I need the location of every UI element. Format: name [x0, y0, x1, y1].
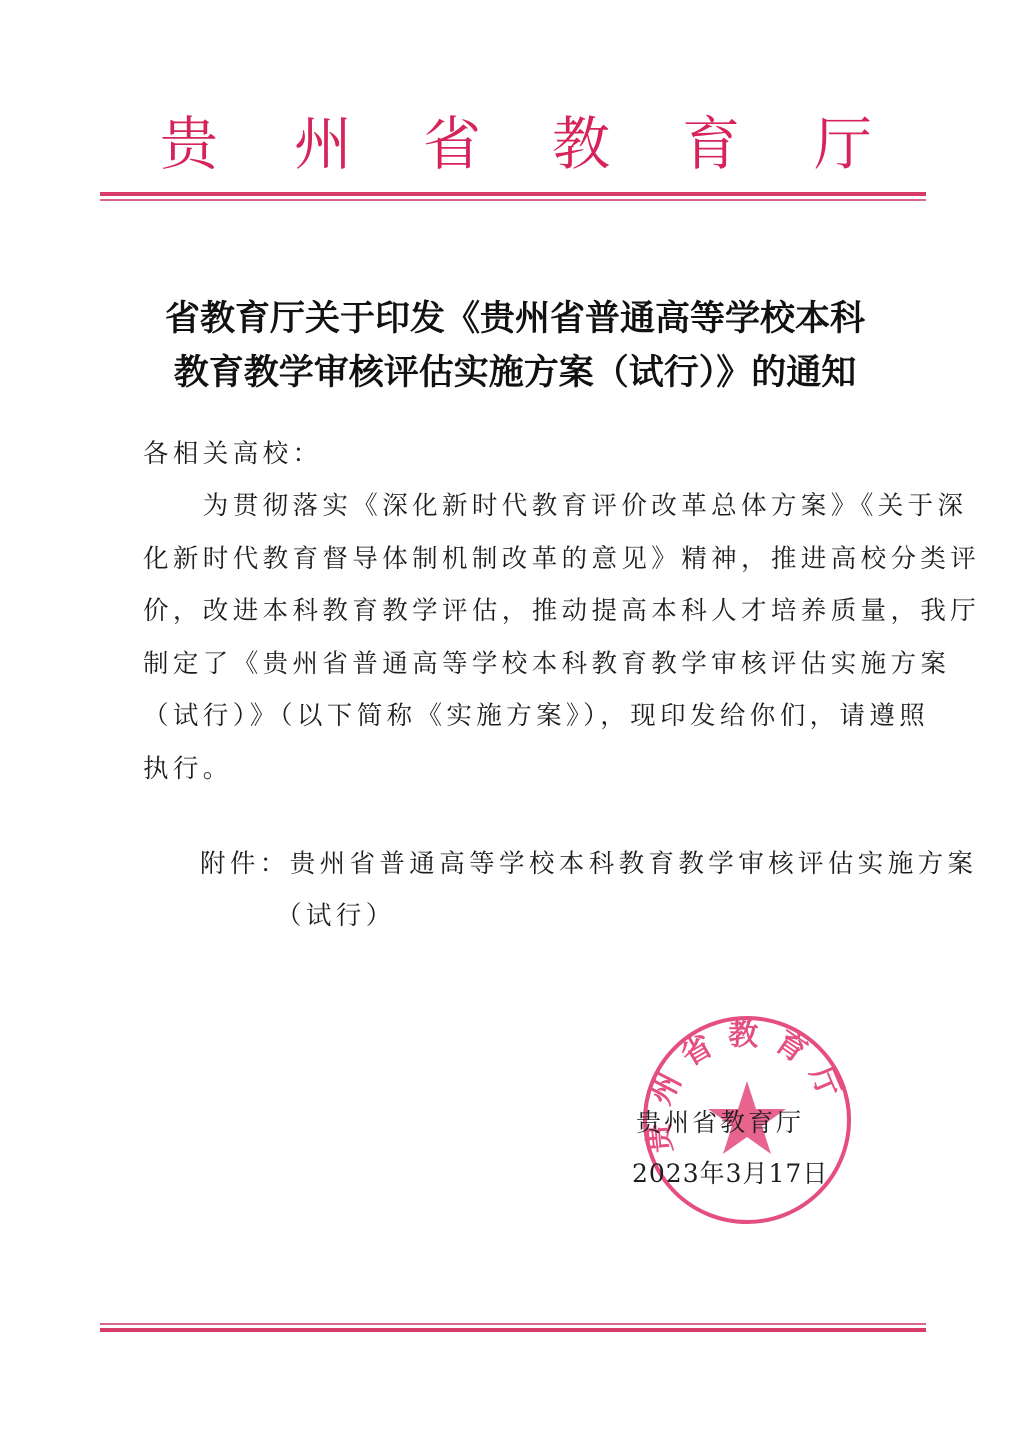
masthead-heading: 贵 州 省 教 育 厅	[100, 108, 926, 180]
attachment-title: 贵州省普通高等学校本科教育教学审核评估实施方案	[290, 849, 978, 879]
paragraph-line: 制定了《贵州省普通高等学校本科教育教学审核评估实施方案	[143, 638, 903, 691]
paragraph-line: 为贯彻落实《深化新时代教育评价改革总体方案》《关于深	[143, 480, 903, 533]
title-line-2: 教育教学审核评估实施方案（试行）》的通知	[120, 346, 910, 400]
masthead-char: 贵	[154, 108, 224, 180]
paragraph-line: 化新时代教育督导体制机制改革的意见》精神，推进高校分类评	[143, 533, 903, 586]
issue-date: 2023年3月17日	[632, 1154, 828, 1194]
footer-rule-thin	[100, 1323, 926, 1325]
title-line-1: 省教育厅关于印发《贵州省普通高等学校本科	[120, 292, 910, 346]
footer-rule-thick	[100, 1328, 926, 1332]
attachment-title-cont: （试行）	[200, 890, 977, 942]
masthead-char: 州	[288, 108, 358, 180]
masthead-char: 育	[676, 108, 746, 180]
masthead-char: 教	[546, 108, 616, 180]
salutation: 各相关高校：	[143, 428, 903, 481]
salutation-text: 各相关高校：	[143, 428, 903, 481]
attachment-label: 附件：	[200, 849, 290, 879]
paragraph-line: 价，改进本科教育教学评估，推动提高本科人才培养质量，我厅	[143, 585, 903, 638]
document-title: 省教育厅关于印发《贵州省普通高等学校本科 教育教学审核评估实施方案（试行）》的通…	[120, 292, 910, 400]
header-rule-thick	[100, 192, 926, 196]
header-rule-thin	[100, 199, 926, 201]
masthead-char: 省	[417, 108, 487, 180]
attachment-note: 附件：贵州省普通高等学校本科教育教学审核评估实施方案 （试行）	[200, 838, 977, 942]
issuer-signature: 贵州省教育厅	[636, 1103, 804, 1143]
paragraph-line: （试行）》（以下简称《实施方案》），现印发给你们，请遵照	[143, 690, 903, 743]
body-paragraph: 为贯彻落实《深化新时代教育评价改革总体方案》《关于深 化新时代教育督导体制机制改…	[143, 480, 903, 795]
paragraph-line: 执行。	[143, 743, 903, 796]
masthead-char: 厅	[808, 108, 878, 180]
